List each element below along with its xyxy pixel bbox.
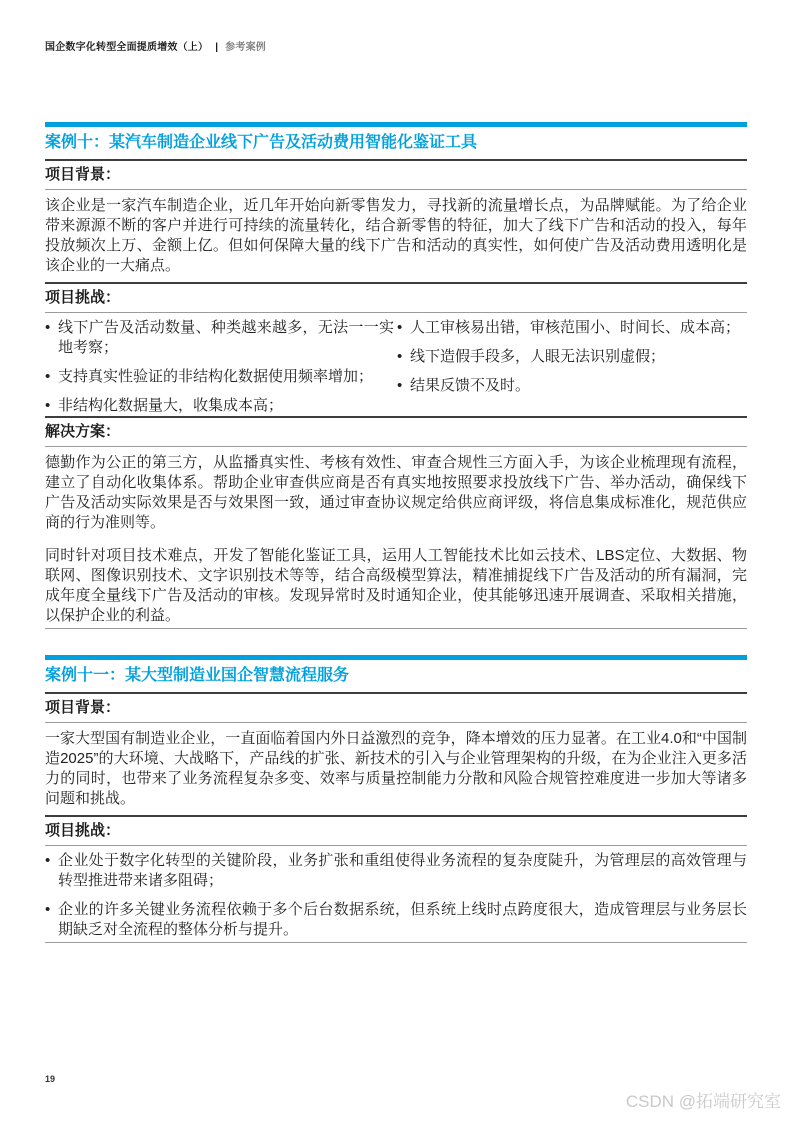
section-heading-background: 项目背景：: [45, 164, 747, 185]
bullet-item: 非结构化数据量大，收集成本高；: [45, 396, 394, 416]
section-heading-row: 项目挑战：: [45, 815, 747, 846]
background-text: 该企业是一家汽车制造企业，近几年开始向新零售发力，寻找新的流量增长点，为品牌赋能…: [45, 196, 747, 276]
case-title-accent-bar: [45, 122, 747, 127]
bullet-item: 企业处于数字化转型的关键阶段，业务扩张和重组使得业务流程的复杂度陡升，为管理层的…: [45, 851, 747, 891]
challenge-column-left: 线下广告及活动数量、种类越来越多，无法一一实地考察； 支持真实性验证的非结构化数…: [45, 313, 394, 416]
bullet-item: 线下造假手段多，人眼无法识别虚假；: [397, 347, 747, 367]
bullet-item: 人工审核易出错，审核范围小、时间长、成本高；: [397, 318, 747, 338]
case-title-accent-bar: [45, 655, 747, 660]
section-heading-solution: 解决方案：: [45, 421, 747, 442]
challenge-column-right: 人工审核易出错，审核范围小、时间长、成本高； 线下造假手段多，人眼无法识别虚假；…: [394, 313, 747, 416]
challenge-columns: 线下广告及活动数量、种类越来越多，无法一一实地考察； 支持真实性验证的非结构化数…: [45, 313, 747, 416]
section-heading-challenge: 项目挑战：: [45, 820, 747, 841]
section-heading-row: 解决方案：: [45, 416, 747, 447]
case-title: 案例十一：某大型制造业国企智慧流程服务: [45, 665, 747, 686]
bullet-item: 企业的许多关键业务流程依赖于多个后台数据系统，但系统上线时点跨度很大，造成管理层…: [45, 900, 747, 940]
doc-section-label: 参考案例: [225, 42, 266, 53]
challenge-list: 企业处于数字化转型的关键阶段，业务扩张和重组使得业务流程的复杂度陡升，为管理层的…: [45, 851, 747, 940]
doc-title: 国企数字化转型全面提质增效（上）: [45, 42, 208, 53]
paragraph: 德勤作为公正的第三方，从监播真实性、考核有效性、审查合规性三方面入手，为该企业梳…: [45, 453, 747, 533]
bullet-item: 结果反馈不及时。: [397, 376, 747, 396]
section-heading-background: 项目背景：: [45, 697, 747, 718]
bullet-item: 支持真实性验证的非结构化数据使用频率增加；: [45, 367, 394, 387]
section-heading-challenge: 项目挑战：: [45, 287, 747, 308]
bullet-item: 线下广告及活动数量、种类越来越多，无法一一实地考察；: [45, 318, 394, 358]
challenge-list-left: 线下广告及活动数量、种类越来越多，无法一一实地考察； 支持真实性验证的非结构化数…: [45, 318, 394, 416]
watermark: CSDN @拓端研究室: [626, 1087, 781, 1112]
challenge-list-right: 人工审核易出错，审核范围小、时间长、成本高； 线下造假手段多，人眼无法识别虚假；…: [397, 318, 747, 396]
divider: [45, 942, 747, 943]
divider: [45, 628, 747, 629]
page-content: 案例十：某汽车制造企业线下广告及活动费用智能化鉴证工具 项目背景： 该企业是一家…: [45, 122, 747, 943]
page-number: 19: [45, 1074, 55, 1084]
case-11-block: 案例十一：某大型制造业国企智慧流程服务 项目背景： 一家大型国有制造业企业，一直…: [45, 655, 747, 943]
paragraph: 一家大型国有制造业企业，一直面临着国内外日益激烈的竞争，降本增效的压力显著。在工…: [45, 729, 747, 809]
running-header: 国企数字化转型全面提质增效（上） | 参考案例: [45, 38, 266, 53]
solution-text: 德勤作为公正的第三方，从监播真实性、考核有效性、审查合规性三方面入手，为该企业梳…: [45, 453, 747, 626]
paragraph: 该企业是一家汽车制造企业，近几年开始向新零售发力，寻找新的流量增长点，为品牌赋能…: [45, 196, 747, 276]
section-heading-row: 项目背景：: [45, 159, 747, 190]
background-text: 一家大型国有制造业企业，一直面临着国内外日益激烈的竞争，降本增效的压力显著。在工…: [45, 729, 747, 809]
document-page: 国企数字化转型全面提质增效（上） | 参考案例 案例十：某汽车制造企业线下广告及…: [0, 0, 793, 1122]
paragraph: 同时针对项目技术难点，开发了智能化鉴证工具，运用人工智能技术比如云技术、LBS定…: [45, 546, 747, 626]
case-10-block: 案例十：某汽车制造企业线下广告及活动费用智能化鉴证工具 项目背景： 该企业是一家…: [45, 122, 747, 629]
case-title: 案例十：某汽车制造企业线下广告及活动费用智能化鉴证工具: [45, 132, 747, 153]
header-separator: |: [215, 42, 218, 53]
section-heading-row: 项目背景：: [45, 692, 747, 723]
section-heading-row: 项目挑战：: [45, 282, 747, 313]
